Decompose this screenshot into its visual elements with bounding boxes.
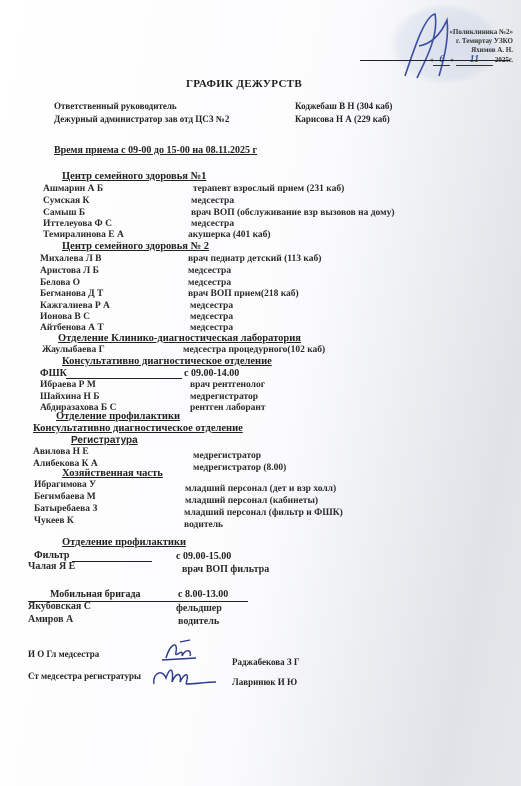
staff-name: Ионова В С bbox=[40, 312, 90, 322]
staff-name: Аристова Л Б bbox=[40, 266, 99, 276]
staff-name: Ибрагимова У bbox=[34, 480, 96, 490]
staff-role: медрегистратор (8.00) bbox=[193, 463, 286, 473]
staff-name: Белова О bbox=[40, 278, 80, 288]
staff-name: Бегимбаева М bbox=[34, 492, 96, 502]
staff-role: медрегистратор bbox=[193, 451, 261, 461]
staff-name: Кажгалиева Р А bbox=[40, 301, 110, 311]
staff-name: Амиров А bbox=[28, 614, 73, 625]
fshk-label: ФШК bbox=[40, 368, 67, 379]
staff-role: младший персонал (дет и взр холл) bbox=[185, 484, 336, 494]
staff-role: медсестра bbox=[190, 312, 233, 322]
duty-admin-value: Карисова Н А (229 каб) bbox=[295, 114, 390, 124]
responsible-value: Коджебаш В Н (304 каб) bbox=[295, 101, 392, 111]
staff-name: Батыребаева З bbox=[34, 504, 97, 514]
staff-role: медсестра bbox=[188, 266, 231, 276]
staff-role: фельдшер bbox=[176, 603, 222, 614]
staff-name: Сумская К bbox=[43, 196, 89, 206]
filter-time: с 09.00-15.00 bbox=[176, 551, 231, 562]
section-title-csz1: Центр семейного здоровья №1 bbox=[40, 171, 206, 182]
staff-name: Ибраева Р М bbox=[40, 380, 96, 390]
signature-name: Лавринюк И Ю bbox=[232, 677, 297, 687]
section-title-kdo: Консультативно диагностическое отделение bbox=[40, 356, 272, 367]
staff-role: медсестра bbox=[188, 278, 231, 288]
staff-role: врач педиатр детский (113 каб) bbox=[188, 254, 321, 264]
section-subtitle-kdo: Консультативно диагностическое отделение bbox=[33, 423, 243, 434]
duty-schedule-document: «Поликлиника №2» г. Темиртау УЗКО Яхимов… bbox=[0, 0, 521, 786]
section-title-csz2: Центр семейного здоровья № 2 bbox=[40, 241, 209, 252]
signature-2-icon bbox=[150, 662, 220, 692]
staff-name: Ашмарин А Б bbox=[43, 184, 103, 194]
staff-role: водитель bbox=[184, 520, 223, 530]
staff-role: медсестра bbox=[190, 323, 233, 333]
staff-name: Якубовская С bbox=[28, 601, 91, 612]
staff-role: медсестра bbox=[190, 301, 233, 311]
section-subtitle-registry: Регистратура bbox=[33, 435, 138, 446]
duty-admin-label: Дежурный администратор зав отд ЦСЗ №2 bbox=[54, 114, 229, 124]
staff-name: Шайхина Н Б bbox=[40, 392, 100, 402]
reception-time: Время приема с 09-00 до 15-00 на 08.11.2… bbox=[54, 145, 257, 156]
staff-name: Иттелеуова Ф С bbox=[43, 219, 112, 229]
section-title-prophylaxis-filter: Отделение профилактики bbox=[62, 537, 186, 548]
staff-name: Чалая Я Е bbox=[28, 561, 75, 572]
approval-org: «Поликлиника №2» bbox=[430, 28, 513, 37]
signature-name: Раджабекова З Г bbox=[232, 657, 300, 667]
staff-name: Самыш Б bbox=[43, 208, 85, 218]
signature-position: И О Гл медсестра bbox=[28, 649, 99, 659]
staff-name: Темиралинова Е А bbox=[43, 230, 124, 240]
staff-role: врач ВОП прием(218 каб) bbox=[188, 289, 299, 299]
staff-role: медсестра bbox=[191, 219, 234, 229]
staff-role: младший персонал (фильтр и ФШК) bbox=[184, 508, 343, 518]
signature-position: Ст медсестра регистратуры bbox=[28, 671, 141, 681]
staff-role: акушерка (401 каб) bbox=[188, 230, 271, 240]
signature-1-icon bbox=[160, 638, 200, 664]
approval-city: г. Темиртау УЗКО bbox=[430, 37, 513, 46]
staff-role: врач рентгенолог bbox=[190, 380, 265, 390]
staff-name: Айтбенова А Т bbox=[40, 323, 104, 333]
section-title-mobile: Мобильная бригада bbox=[28, 589, 141, 600]
section-title-prophylaxis: Отделение профилактики bbox=[30, 411, 180, 422]
staff-role: медсестра bbox=[191, 196, 234, 206]
staff-name: Жаулыбаева Г bbox=[42, 345, 105, 355]
staff-role: врач ВОП фильтра bbox=[182, 564, 269, 575]
staff-name: Авилова Н Е bbox=[33, 447, 89, 457]
staff-role: водитель bbox=[178, 616, 219, 627]
section-title-lab: Отделение Клинико-диагностическая лабора… bbox=[40, 333, 301, 344]
mobile-time: с 8.00-13.00 bbox=[178, 589, 228, 600]
filter-label: Фильтр bbox=[34, 550, 69, 561]
section-title-household: Хозяйственная часть bbox=[34, 468, 163, 479]
staff-role: медсестра процедурного(102 каб) bbox=[183, 345, 325, 355]
staff-name: Михалева Л В bbox=[40, 254, 102, 264]
document-title: ГРАФИК ДЕЖУРСТВ bbox=[186, 78, 302, 90]
staff-role: терапевт взрослый прием (231 каб) bbox=[193, 184, 344, 194]
staff-name: Бегманова Д Т bbox=[40, 289, 103, 299]
staff-role: медрегистратор bbox=[190, 392, 258, 402]
responsible-label: Ответственный руководитель bbox=[54, 101, 177, 111]
staff-role: врач ВОП (обслуживание взр вызовов на до… bbox=[191, 208, 395, 218]
staff-role: младший персонал (кабинеты) bbox=[185, 496, 318, 506]
fshk-time: с 09.00-14.00 bbox=[184, 368, 239, 379]
staff-name: Чукеев К bbox=[34, 516, 74, 526]
staff-role: рентген лаборант bbox=[190, 403, 266, 413]
